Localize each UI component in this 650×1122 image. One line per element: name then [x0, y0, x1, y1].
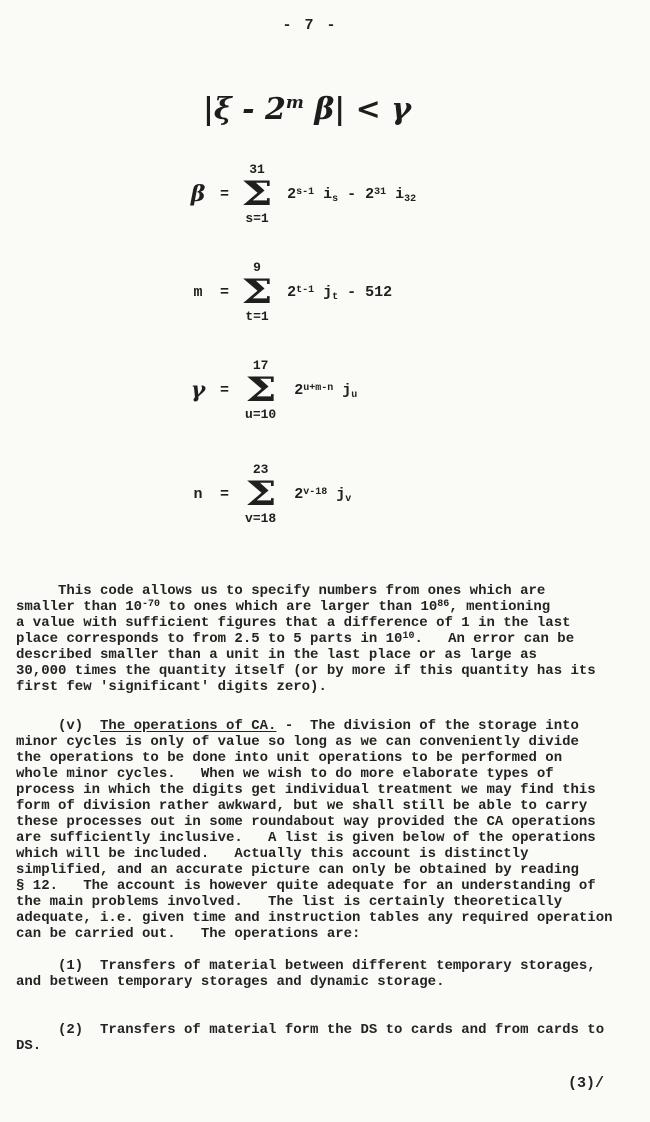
text-run: smaller than 10 — [16, 599, 142, 615]
text-run: . An error can be — [414, 631, 574, 647]
text-line: place corresponds to from 2.5 to 5 parts… — [16, 631, 596, 647]
text-run: 2 — [294, 382, 303, 399]
formula-m-sum: m = 9 Σ t=1 2t-1 jt - 512 — [186, 260, 392, 324]
equals-sign: = — [220, 486, 229, 503]
text-line: the operations to be done into unit oper… — [16, 750, 613, 766]
text-run: j — [314, 284, 332, 301]
text-line: which will be included. Actually this ac… — [16, 846, 613, 862]
sigma-block: 23 Σ v=18 — [245, 462, 276, 526]
text-line: (1) Transfers of material between differ… — [16, 958, 596, 974]
text-run: 2 — [287, 186, 296, 203]
text-line: minor cycles is only of value so long as… — [16, 734, 613, 750]
text-line: the main problems involved. The list is … — [16, 894, 613, 910]
formula-rhs: 2s-1 is - 231 i32 — [287, 186, 416, 203]
sigma-icon: Σ — [241, 275, 272, 309]
subscript-text: 32 — [404, 194, 416, 205]
equals-sign: = — [220, 284, 229, 301]
sigma-block: 17 Σ u=10 — [245, 358, 276, 422]
formula-gamma-sum: γ = 17 Σ u=10 2u+m-n ju — [186, 358, 357, 422]
text-line: DS. — [16, 1038, 604, 1054]
text-line: This code allows us to specify numbers f… — [16, 583, 596, 599]
sigma-icon: Σ — [245, 373, 276, 407]
text-run: i — [314, 186, 332, 203]
formula-lhs: γ — [186, 377, 210, 403]
superscript-text: t-1 — [296, 285, 314, 296]
text-line: whole minor cycles. When we wish to do m… — [16, 766, 613, 782]
text-line: and between temporary storages and dynam… — [16, 974, 596, 990]
superscript-text: 31 — [374, 187, 386, 198]
text-run: j — [333, 382, 351, 399]
text-line: can be carried out. The operations are: — [16, 926, 613, 942]
superscript-text: s-1 — [296, 187, 314, 198]
superscript-text: u+m-n — [303, 383, 333, 394]
equals-sign: = — [220, 382, 229, 399]
sigma-icon: Σ — [245, 477, 276, 511]
superscript-text: 86 — [437, 599, 449, 610]
formula-inequality: |ξ - 2m β| < γ — [203, 92, 411, 127]
formula-n-sum: n = 23 Σ v=18 2v-18 jv — [186, 462, 351, 526]
text-line: described smaller than a unit in the las… — [16, 647, 596, 663]
formula-lhs: m — [186, 284, 210, 301]
underlined-text: The operations of CA. — [100, 718, 276, 734]
sigma-block: 9 Σ t=1 — [245, 260, 269, 324]
subscript-text: u — [351, 390, 357, 401]
text-run: 2 — [287, 284, 296, 301]
text-line: these processes out in some roundabout w… — [16, 814, 613, 830]
text-run: , mentioning — [449, 599, 550, 615]
formula-lhs: β — [186, 181, 210, 207]
text-run: - 512 — [338, 284, 392, 301]
sigma-icon: Σ — [241, 177, 272, 211]
superscript-text: -70 — [142, 599, 160, 610]
subscript-text: v — [345, 494, 351, 505]
text-run: (v) — [16, 718, 100, 734]
text-line: adequate, i.e. given time and instructio… — [16, 910, 613, 926]
page-footer: (3)/ — [568, 1076, 604, 1092]
sigma-block: 31 Σ s=1 — [245, 162, 269, 226]
text-run: β| < γ — [304, 92, 411, 127]
text-line: first few 'significant' digits zero). — [16, 679, 596, 695]
subscript-text: s — [332, 194, 338, 205]
text-run: place corresponds to from 2.5 to 5 parts… — [16, 631, 402, 647]
text-line: process in which the digits get individu… — [16, 782, 613, 798]
formula-rhs: 2v-18 jv — [294, 486, 351, 503]
text-line: (v) The operations of CA. - The division… — [16, 718, 613, 734]
formula-rhs: 2u+m-n ju — [294, 382, 357, 399]
equals-sign: = — [220, 186, 229, 203]
paragraph-number-code: This code allows us to specify numbers f… — [16, 583, 596, 695]
text-line: (2) Transfers of material form the DS to… — [16, 1022, 604, 1038]
formula-rhs: 2t-1 jt - 512 — [287, 284, 392, 301]
text-run: j — [327, 486, 345, 503]
text-line: simplified, and an accurate picture can … — [16, 862, 613, 878]
superscript-text: v-18 — [303, 487, 327, 498]
formula-lhs: n — [186, 486, 210, 503]
superscript-text: m — [286, 93, 304, 113]
text-run: i — [386, 186, 404, 203]
document-page: - 7 - |ξ - 2m β| < γ β = 31 Σ s=1 2s-1 i… — [0, 0, 650, 1122]
list-item-2: (2) Transfers of material form the DS to… — [16, 1022, 604, 1054]
text-run: 2 — [294, 486, 303, 503]
text-line: 30,000 times the quantity itself (or by … — [16, 663, 596, 679]
subscript-text: t — [332, 292, 338, 303]
list-item-1: (1) Transfers of material between differ… — [16, 958, 596, 990]
text-run: - 2 — [338, 186, 374, 203]
formula-beta-sum: β = 31 Σ s=1 2s-1 is - 231 i32 — [186, 162, 416, 226]
text-line: are sufficiently inclusive. A list is gi… — [16, 830, 613, 846]
text-run: - The division of the storage into — [276, 718, 578, 734]
page-number: - 7 - — [240, 18, 380, 34]
text-line: § 12. The account is however quite adequ… — [16, 878, 613, 894]
paragraph-ca-operations: (v) The operations of CA. - The division… — [16, 718, 613, 942]
text-line: form of division rather awkward, but we … — [16, 798, 613, 814]
superscript-text: 10 — [402, 631, 414, 642]
text-line: smaller than 10-70 to ones which are lar… — [16, 599, 596, 615]
text-line: a value with sufficient figures that a d… — [16, 615, 596, 631]
text-run: |ξ - 2 — [203, 92, 286, 127]
text-run: to ones which are larger than 10 — [160, 599, 437, 615]
